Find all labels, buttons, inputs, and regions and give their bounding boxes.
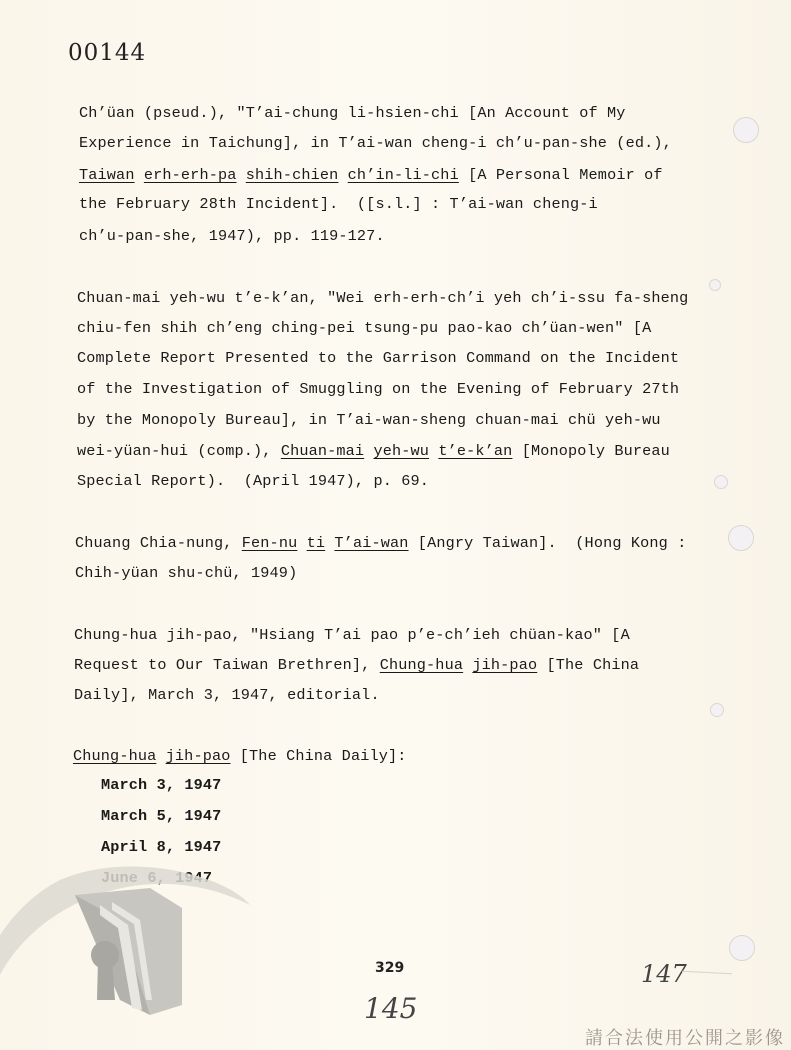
date-item: March 5, 1947 [101,807,221,825]
handwritten-folio: 147 [641,960,687,988]
entry-line: Experience in Taichung], in T’ai-wan che… [79,134,672,152]
entry-line: of the Investigation of Smuggling on the… [77,380,679,398]
entry-line: Daily], March 3, 1947, editorial. [74,686,380,704]
underlined-title: jih-pao [472,656,537,674]
entry-line: by the Monopoly Bureau], in T’ai-wan-she… [77,411,661,429]
text-segment [237,166,246,184]
text-segment: Ch’üan (pseud.), "T’ai-chung li-hsien-ch… [79,104,626,122]
text-segment: Complete Report Presented to the Garriso… [77,349,679,367]
page-number: 329 [375,960,404,976]
text-segment: [A Personal Memoir of [459,166,663,184]
entry-line: Request to Our Taiwan Brethren], Chung-h… [74,656,639,674]
entry-line: Chung-hua jih-pao, "Hsiang T’ai pao p’e-… [74,626,630,644]
underlined-title: Taiwan [79,166,135,184]
underlined-title: Chuan-mai [281,442,364,460]
entry-line: Chuang Chia-nung, Fen-nu ti T’ai-wan [An… [75,534,686,552]
text-segment: Experience in Taichung], in T’ai-wan che… [79,134,672,152]
text-segment: [The China [537,656,639,674]
underlined-title: ch’in-li-chi [348,166,459,184]
entry-line: ch’u-pan-she, 1947), pp. 119-127. [79,227,385,245]
document-page: 00144 Ch’üan (pseud.), "T’ai-chung li-hs… [0,0,791,1050]
text-segment: wei-yüan-hui (comp.), [77,442,281,460]
document-number: 00144 [68,40,146,66]
paper-mark [709,279,721,291]
underlined-title: shih-chien [246,166,339,184]
entry-line: Complete Report Presented to the Garriso… [77,349,679,367]
text-segment: [Monopoly Bureau [512,442,670,460]
underlined-title: jih-pao [166,747,231,765]
entry-line: the February 28th Incident]. ([s.l.] : T… [79,195,598,213]
text-segment: Daily], March 3, 1947, editorial. [74,686,380,704]
text-segment [429,442,438,460]
entry-line: Special Report). (April 1947), p. 69. [77,472,429,490]
handwritten-stroke [682,971,732,975]
handwritten-folio: 145 [364,992,417,1025]
text-segment: Chuang Chia-nung, [75,534,242,552]
date-item: March 3, 1947 [101,776,221,794]
text-segment: Chih-yüan shu-chü, 1949) [75,564,297,582]
text-segment: ch’u-pan-she, 1947), pp. 119-127. [79,227,385,245]
text-segment [297,534,306,552]
text-segment: by the Monopoly Bureau], in T’ai-wan-she… [77,411,661,429]
text-segment: Chung-hua jih-pao, "Hsiang T’ai pao p’e-… [74,626,630,644]
text-segment [463,656,472,674]
text-segment: Special Report). (April 1947), p. 69. [77,472,429,490]
paper-mark [714,475,728,489]
underlined-title: Chung-hua [380,656,463,674]
archive-logo-icon [0,850,260,1020]
underlined-title: erh-erh-pa [144,166,237,184]
punch-hole [733,117,759,143]
entry-line: wei-yüan-hui (comp.), Chuan-mai yeh-wu t… [77,442,670,460]
text-segment: Request to Our Taiwan Brethren], [74,656,380,674]
text-segment: Chuan-mai yeh-wu t’e-k’an, "Wei erh-erh-… [77,289,688,307]
text-segment [338,166,347,184]
entry-line: Taiwan erh-erh-pa shih-chien ch’in-li-ch… [79,166,663,184]
punch-hole [729,935,755,961]
watermark-text: 請合法使用公開之影像 [585,1024,785,1050]
entry-line: Chung-hua jih-pao [The China Daily]: [73,747,407,765]
entry-line: Chih-yüan shu-chü, 1949) [75,564,297,582]
punch-hole [728,525,754,551]
underlined-title: yeh-wu [373,442,429,460]
text-segment: [The China Daily]: [231,747,407,765]
underlined-title: Chung-hua [73,747,156,765]
text-segment [135,166,144,184]
underlined-title: Fen-nu [242,534,298,552]
entry-line: chiu-fen shih ch’eng ching-pei tsung-pu … [77,319,651,337]
entry-line: Ch’üan (pseud.), "T’ai-chung li-hsien-ch… [79,104,626,122]
text-segment: chiu-fen shih ch’eng ching-pei tsung-pu … [77,319,651,337]
underlined-title: ti [307,534,326,552]
underlined-title: t’e-k’an [438,442,512,460]
underlined-title: T’ai-wan [334,534,408,552]
paper-mark [710,703,724,717]
text-segment [156,747,165,765]
text-segment: of the Investigation of Smuggling on the… [77,380,679,398]
text-segment: the February 28th Incident]. ([s.l.] : T… [79,195,598,213]
entry-line: Chuan-mai yeh-wu t’e-k’an, "Wei erh-erh-… [77,289,688,307]
text-segment: [Angry Taiwan]. (Hong Kong : [409,534,687,552]
